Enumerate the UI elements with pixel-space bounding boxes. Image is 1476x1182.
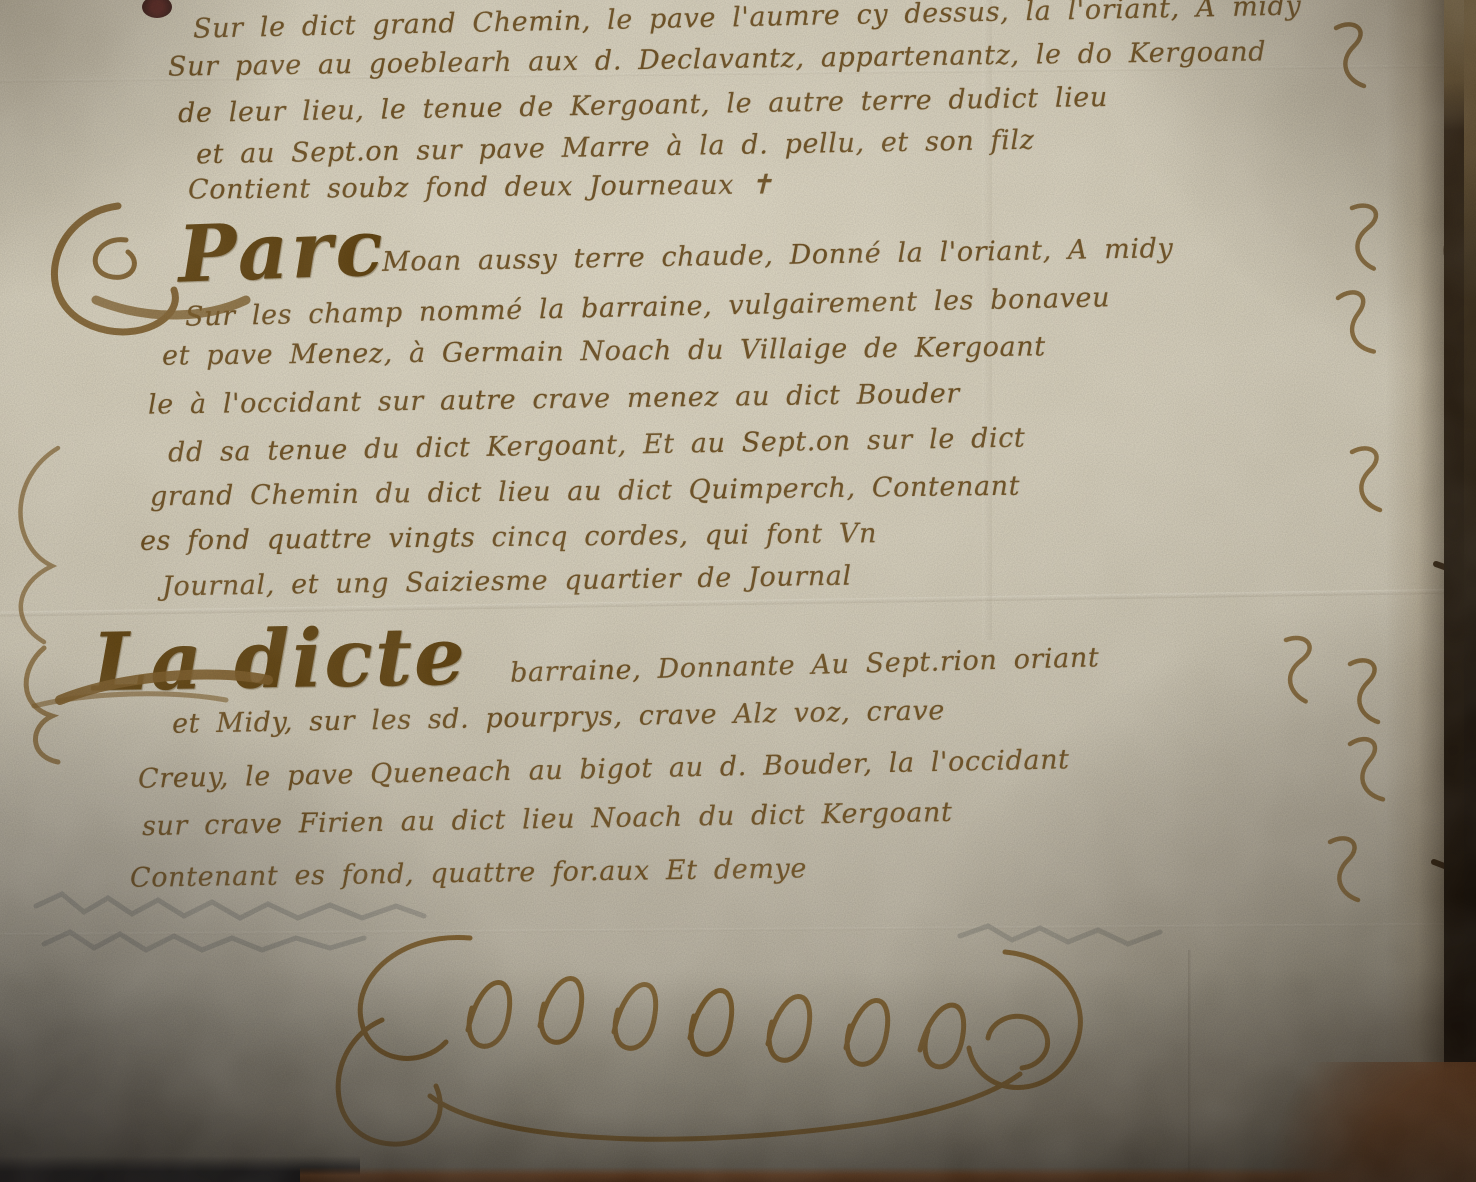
page-fold-edge (1386, 0, 1444, 1182)
paragraph-initial: La dicte (91, 609, 467, 710)
table-surface-corner (1216, 1062, 1476, 1182)
adjacent-page-edge (1464, 0, 1476, 1182)
manuscript-photo: Sur le dict grand Chemin, le pave l'aumr… (0, 0, 1476, 1182)
paragraph-initial: Parc (176, 202, 387, 300)
binding-gap (1444, 0, 1464, 1182)
text-line: Contient soubz fond deux Journeaux ✝ (188, 169, 774, 205)
